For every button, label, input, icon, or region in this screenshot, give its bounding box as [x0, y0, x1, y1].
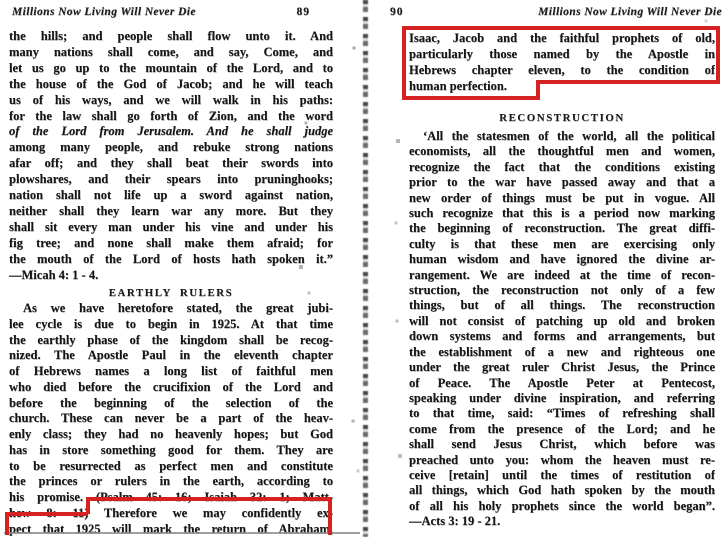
- text-line: us of his ways, and we will walk in his …: [9, 93, 333, 109]
- text-line: the hills; and people shall flow unto it…: [9, 29, 333, 45]
- section-heading-earthly-rulers: EARTHLY RULERS: [9, 287, 333, 299]
- text-line: ‘All the statesmen of the world, all the…: [409, 129, 715, 144]
- text-line: of all his holy prophets since the world…: [409, 499, 715, 514]
- text-line: will not consist of patching up old and …: [409, 314, 715, 329]
- text-line: recognize the fact that the conditions e…: [409, 160, 715, 175]
- text-line: enly class; they had no heavenly hopes; …: [9, 427, 333, 443]
- text-line: new order of things must be put in vogue…: [409, 191, 715, 206]
- text-line: things, but of all things. The reconstru…: [409, 298, 715, 313]
- page-number: 90: [390, 6, 404, 18]
- text-line: under the great ruler Christ Jesus, the …: [409, 360, 715, 375]
- scanned-book-spread: Millions Now Living Will Never Die 89 th…: [0, 0, 728, 537]
- page-number: 89: [297, 6, 311, 18]
- text-line: to that time, said: “Times of refreshing…: [409, 406, 715, 421]
- running-header-title: Millions Now Living Will Never Die: [12, 6, 196, 18]
- text-line: his promise. (Psalm 45: 16; Isaiah 32: 1…: [9, 490, 333, 506]
- page-gutter-shadow: [363, 0, 368, 537]
- text-line: struction, the reconstruction not only o…: [409, 283, 715, 298]
- text-line: all things, which God hath spoken by the…: [409, 483, 715, 498]
- text-line: human wisdom and have ignored the divine…: [409, 252, 715, 267]
- text-line: speaking under divine inspiration, and r…: [409, 391, 715, 406]
- body-paragraph: As we have heretofore stated, the great …: [9, 301, 333, 537]
- body-paragraph: ‘All the statesmen of the world, all the…: [409, 129, 715, 530]
- body-paragraph: Isaac, Jacob and the faithful prophets o…: [409, 31, 715, 95]
- text-line: prior to the war have passed away and th…: [409, 175, 715, 190]
- running-header-left: Millions Now Living Will Never Die 89: [12, 6, 310, 18]
- text-line: —Acts 3: 19 - 21.: [409, 514, 715, 529]
- text-line: preached unto you: whom the heaven must …: [409, 453, 715, 468]
- text-line: Isaac, Jacob and the faithful prophets o…: [409, 31, 715, 47]
- text-line: the earthly phase of the kingdom shall b…: [9, 333, 333, 349]
- text-line: church. These can never be a part of the…: [9, 411, 333, 427]
- text-line: nized. The Apostle Paul in the eleventh …: [9, 348, 333, 364]
- text-line: particularly those named by the Apostle …: [409, 47, 715, 63]
- text-line: the mouth of the Lord of hosts hath spok…: [9, 252, 333, 268]
- text-line: nation shall not life up a sword against…: [9, 188, 333, 204]
- text-line: lee cycle is due to begin in 1925. At th…: [9, 317, 333, 333]
- scan-noise-specks: [0, 0, 2, 2]
- running-header-title: Millions Now Living Will Never Die: [538, 6, 722, 18]
- text-line: —Micah 4: 1 - 4.: [9, 268, 333, 284]
- text-line: fig tree; and none shall make them afrai…: [9, 236, 333, 252]
- text-line: rangement. We are indeed at the time of …: [409, 268, 715, 283]
- text-line: the house of the God of Jacob; and he wi…: [9, 77, 333, 93]
- text-line: down systems and forms and arrangements,…: [409, 329, 715, 344]
- text-line: shall send Jesus Christ, which before wa…: [409, 437, 715, 452]
- text-line: culty is that these men are exercising o…: [409, 237, 715, 252]
- text-line: among many people, and rebuke strong nat…: [9, 140, 333, 156]
- text-line: economists, all the thoughtful men and w…: [409, 144, 715, 159]
- section-heading-reconstruction: RECONSTRUCTION: [409, 112, 715, 124]
- text-line: before the beginning of the selection of…: [9, 396, 333, 412]
- text-line: has in store something good for them. Th…: [9, 443, 333, 459]
- text-line: As we have heretofore stated, the great …: [9, 301, 333, 317]
- text-line: afar off; and they shall beat their swor…: [9, 156, 333, 172]
- text-line: such recognize that this is a period now…: [409, 206, 715, 221]
- text-line: plowshares, and their spears into prunin…: [9, 172, 333, 188]
- text-line: come from the presence of the Lord; and …: [409, 422, 715, 437]
- text-line: shall sit every man under his vine and u…: [9, 220, 333, 236]
- text-line: the beginning of reconstruction. The gre…: [409, 221, 715, 236]
- text-line: pect that 1925 will mark the return of A…: [9, 522, 333, 537]
- text-line: of the Lord from Jerusalem. And he shall…: [9, 124, 333, 140]
- running-header-right: 90 Millions Now Living Will Never Die: [390, 6, 722, 18]
- text-line: Hebrews chapter eleven, to the condition…: [409, 63, 715, 79]
- text-line: who died before the crucifixion of the L…: [9, 380, 333, 396]
- scan-artifact-line: [4, 532, 360, 534]
- text-line: of Peace. The Apostle Peter at Pentecost…: [409, 376, 715, 391]
- body-paragraph: the hills; and people shall flow unto it…: [9, 29, 333, 284]
- text-line: ceive [retain] until the times of restit…: [409, 468, 715, 483]
- text-line: let us go up to the mountain of the Lord…: [9, 61, 333, 77]
- text-line: neither shall they learn war any more. B…: [9, 204, 333, 220]
- text-line: hew 8: 11) Therefore we may confidently …: [9, 506, 333, 522]
- text-line: the establishment of a new and righteous…: [409, 345, 715, 360]
- text-line: many nations shall come, and say, Come, …: [9, 45, 333, 61]
- text-line: human perfection.: [409, 79, 715, 95]
- text-line: of Hebrews names a long list of faithful…: [9, 364, 333, 380]
- text-line: to be resurrected as perfect men and con…: [9, 459, 333, 475]
- text-line: for the law shall go forth of Zion, and …: [9, 109, 333, 125]
- text-line: the princes or rulers in the earth, acco…: [9, 474, 333, 490]
